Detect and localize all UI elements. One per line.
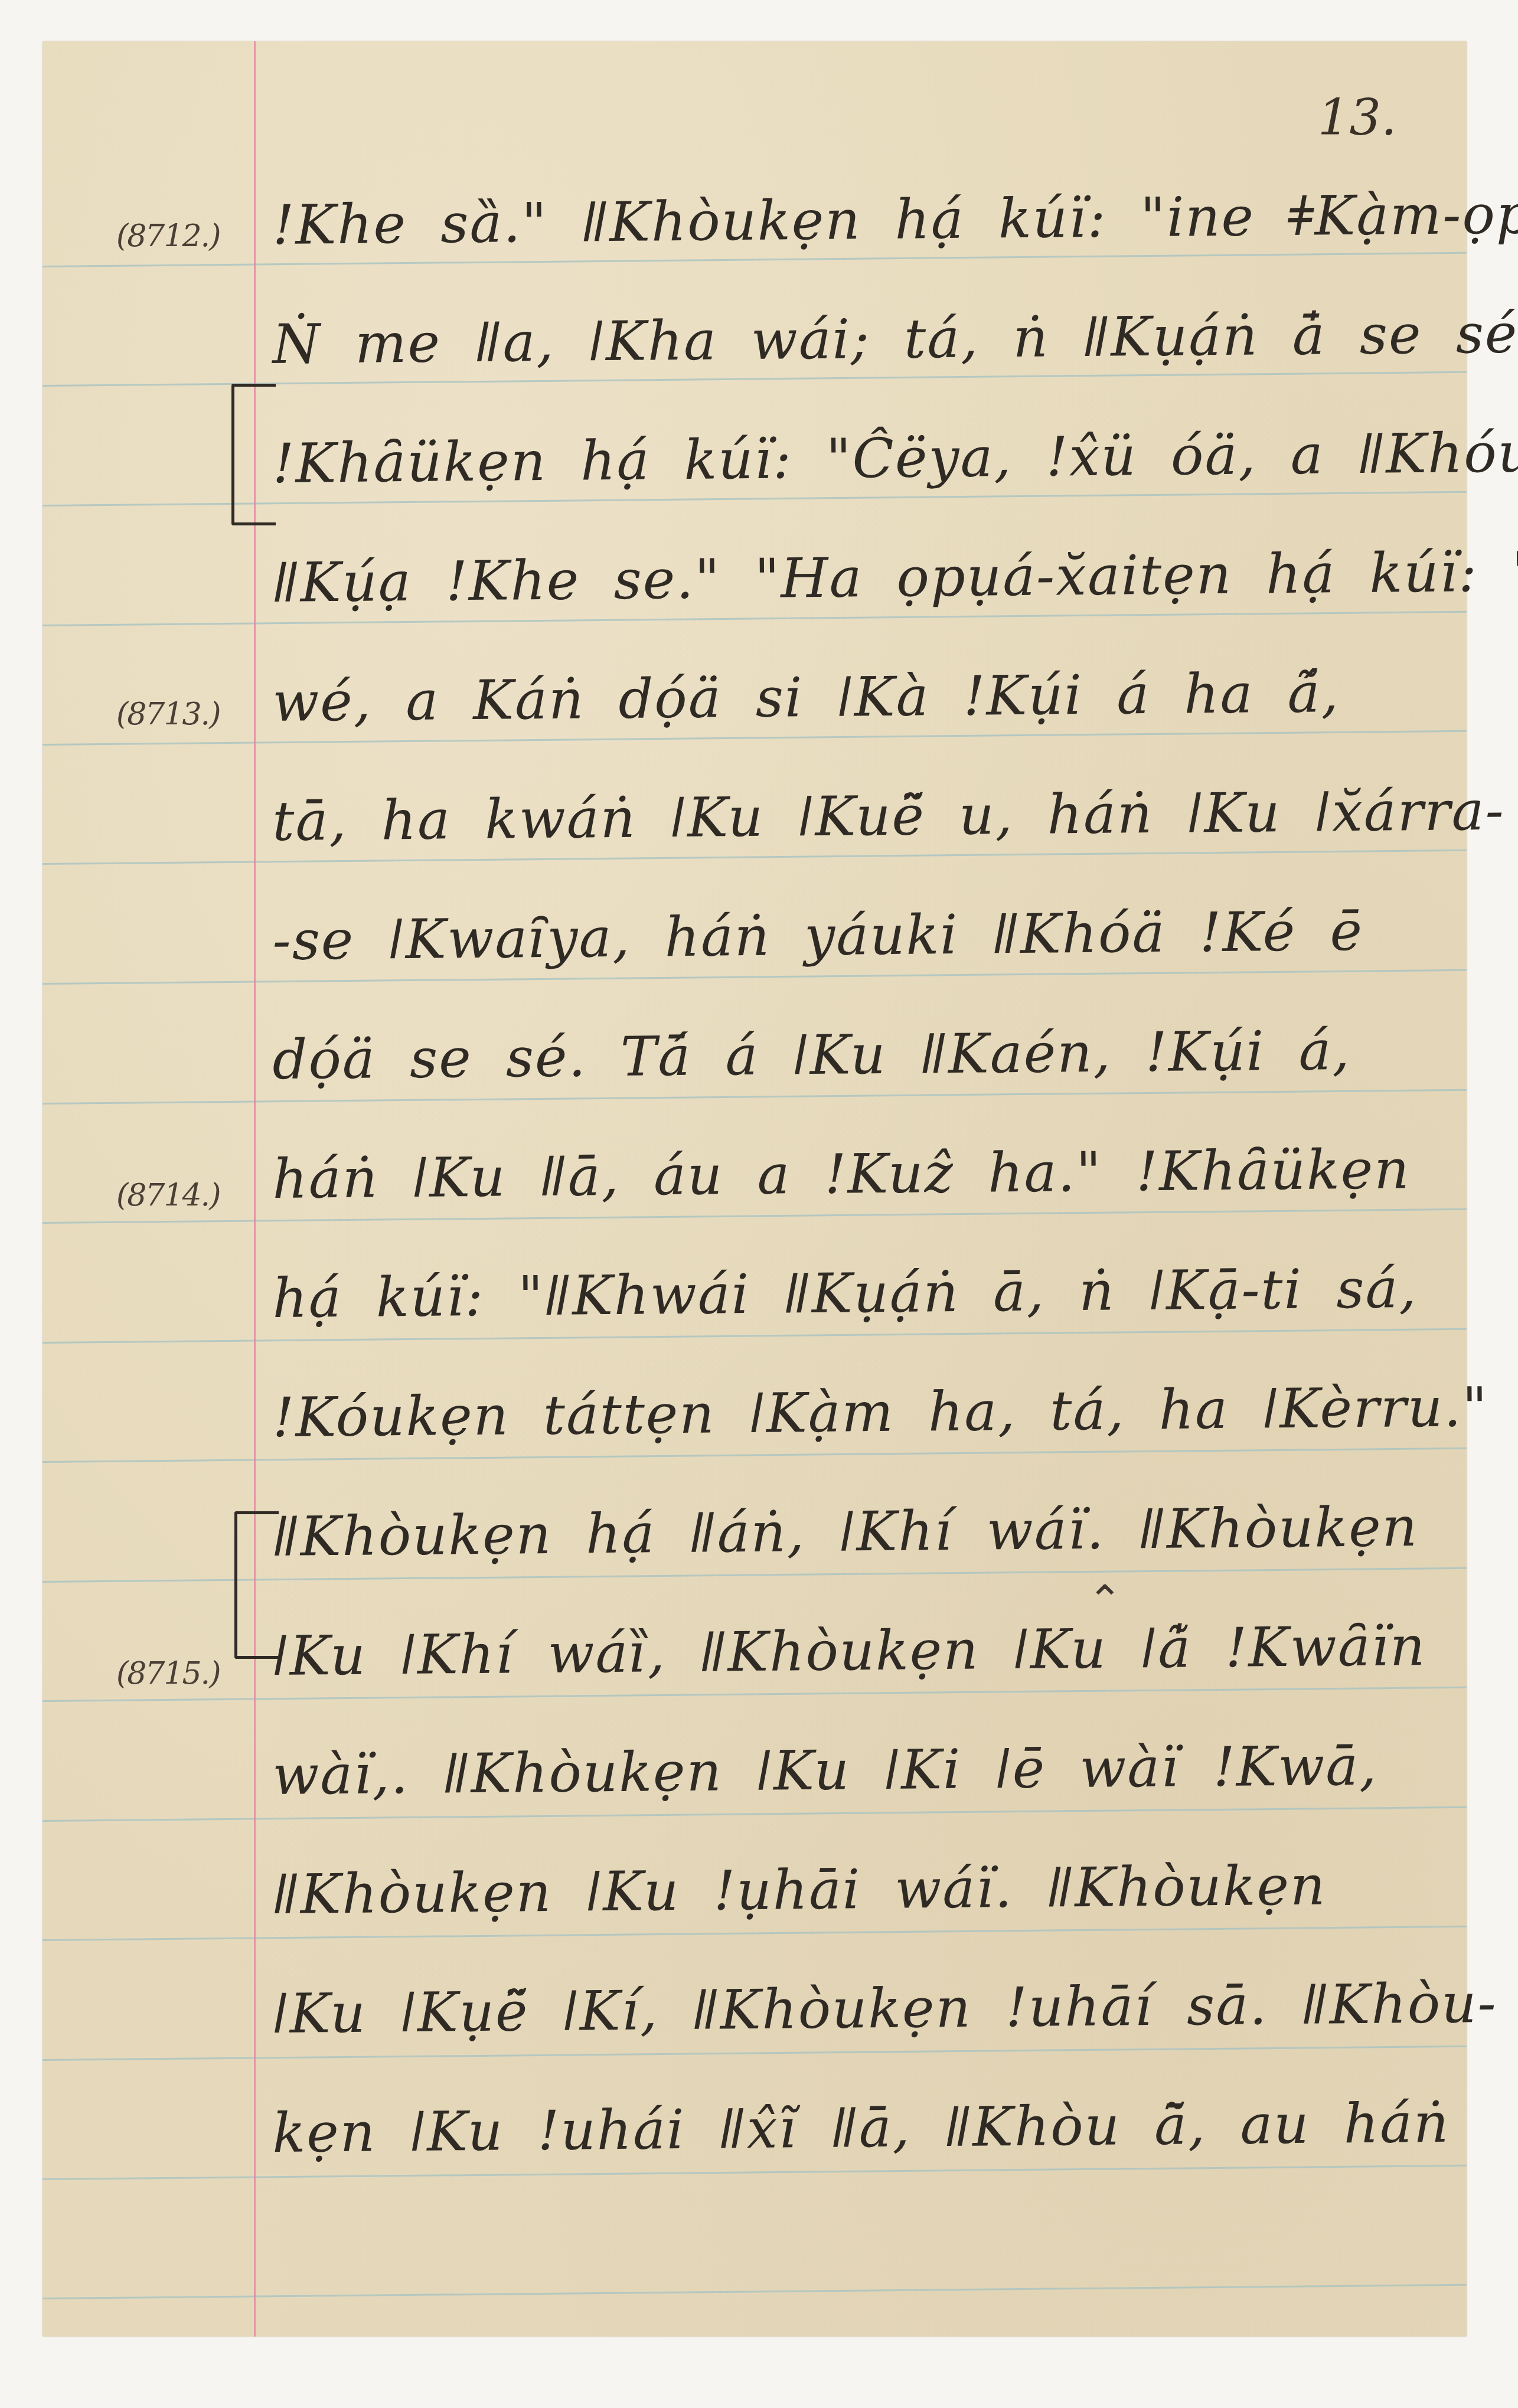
text-line-11: !Kóukẹn táttẹn ǀKạ̀m ha, tá, ha ǀKèrru." bbox=[272, 1375, 1489, 1449]
ruled-line bbox=[43, 1926, 1467, 1941]
text-line-5: wé, a Káṅ dọ́ä si ǀKà !Kụ́i á ha ã́, bbox=[272, 660, 1489, 734]
text-line-10: hạ́ kúï: "ǁKhwái ǁKụạ́ṅ ā, ṅ ǀKạ̄-ti sá, bbox=[272, 1256, 1489, 1330]
margin-note-8714: (8714.) bbox=[116, 1178, 220, 1213]
insertion-caret-icon: ⌃ bbox=[1088, 1576, 1122, 1625]
text-line-6: tā, ha kwáṅ ǀKu ǀKuẽ̈ u, háṅ ǀKu ǀx̆árra… bbox=[272, 779, 1489, 853]
ruled-line bbox=[43, 2284, 1467, 2299]
ruled-line bbox=[43, 2165, 1467, 2180]
ruled-line bbox=[43, 611, 1467, 626]
ruled-line bbox=[43, 1089, 1467, 1105]
ruled-line bbox=[43, 850, 1467, 865]
text-line-15: ǁKhòukẹn ǀKu !ụhāi wáï. ǁKhòukẹn bbox=[272, 1852, 1489, 1926]
ruled-line bbox=[43, 730, 1467, 746]
ruled-line bbox=[43, 1448, 1467, 1463]
text-line-7: -se ǀKwaȋya, háṅ yáuki ǁKhóä !Ké ē bbox=[272, 898, 1489, 972]
text-line-8: dọ́ä se sé. Tā́ á ǀKu ǁKaén, !Kụ́i á, bbox=[272, 1018, 1489, 1092]
bracket-passage-1 bbox=[231, 384, 276, 525]
text-line-17: kẹn ǀKu !uhái ǁx̂ĩ ǁā, ǁKhòu ã̄, au háṅ bbox=[272, 2091, 1489, 2165]
ruled-line bbox=[43, 252, 1467, 267]
text-line-1: !Khe sȁ." ǁKhòukẹn hạ́ kúï: "ine ǂKạ̀m-ọ… bbox=[272, 183, 1489, 257]
text-line-3: !Khȃükẹn hạ́ kúï: "Ĉëya, !x̂ü óä, a ǁKhó… bbox=[272, 422, 1489, 495]
ruled-line bbox=[43, 1328, 1467, 1344]
text-line-4: ǁKụ́ạ !Khe se." "Ha ọpụá-x̆aitẹn hạ́ kúï… bbox=[272, 541, 1489, 615]
text-line-2: Ṅ me ǁa, ǀKha wái; tá, ṅ ǁKụạ́ṅ ā̍ se sé… bbox=[272, 302, 1489, 376]
margin-note-8713: (8713.) bbox=[116, 697, 220, 732]
ruled-line bbox=[43, 969, 1467, 985]
manuscript-page: 13. (8712.) (8713.) (8714.) (8715.) !Khe… bbox=[43, 41, 1467, 2337]
text-line-16: ǀKu ǀKụẽ̈ ǀKí, ǁKhòukẹn !uhāí sā. ǁKhòu- bbox=[272, 1972, 1489, 2046]
margin-note-8715: (8715.) bbox=[116, 1656, 220, 1691]
text-line-12: ǁKhòukẹn hạ́ ǁáṅ, ǀKhí wáï. ǁKhòukẹn bbox=[272, 1495, 1489, 1569]
text-line-13: ǀKu ǀKhí wáȉ, ǁKhòukẹn ǀKu ǀã̍ !Kwȃïn bbox=[272, 1614, 1489, 1688]
ruled-line bbox=[43, 1208, 1467, 1224]
ruled-line bbox=[43, 1687, 1467, 1702]
text-line-9: háṅ ǀKu ǁā, áu a !Kuẑ ha." !Khȃükẹn bbox=[272, 1137, 1489, 1211]
ruled-line bbox=[43, 2046, 1467, 2061]
page-number: 13. bbox=[1318, 89, 1397, 146]
ruled-line bbox=[43, 1806, 1467, 1822]
margin-note-8712: (8712.) bbox=[116, 218, 220, 254]
text-line-14: wàï,. ǁKhòukẹn ǀKu ǀKi ǀē wàï !Kwā, bbox=[272, 1733, 1489, 1807]
